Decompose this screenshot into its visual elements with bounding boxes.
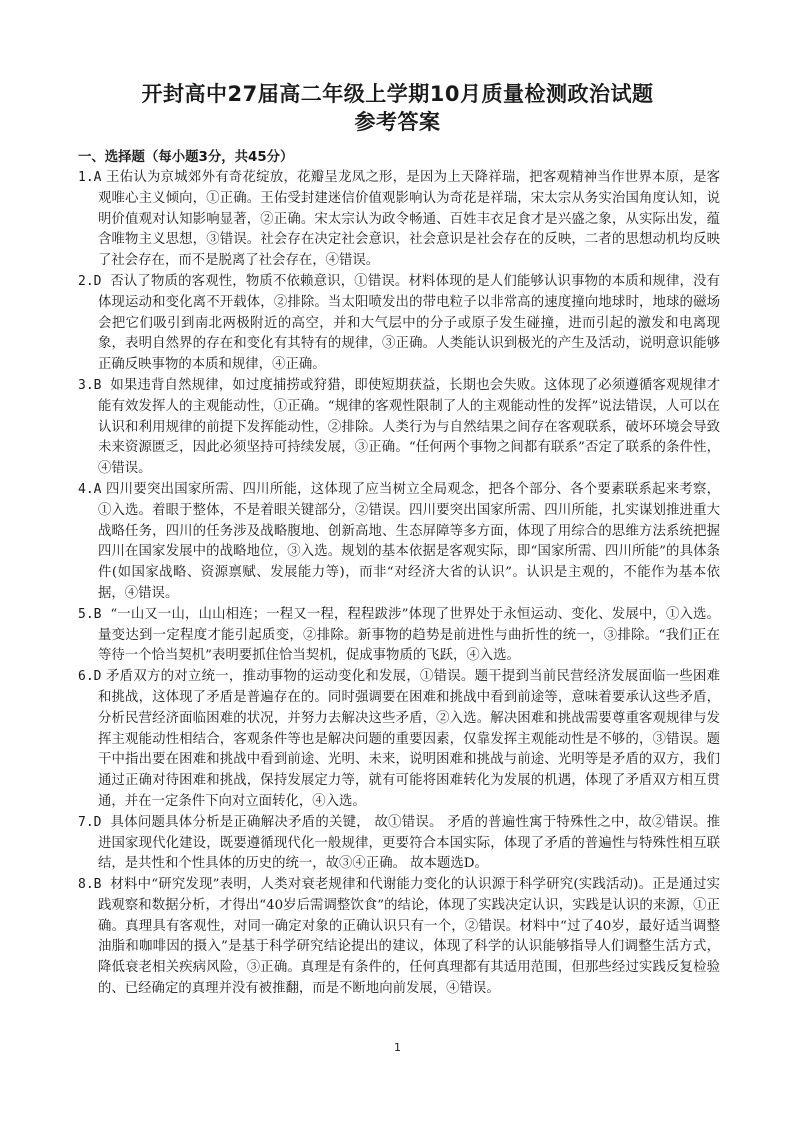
answer-number: 5.B: [78, 607, 101, 622]
answer-number: 6.D: [78, 669, 101, 684]
answer-item: 5.B “一山又一山，山山相连；一程又一程，程程跋涉”体现了世界处于永恒运动、变…: [78, 605, 720, 667]
answer-explanation: 四川要突出国家所需、四川所能，这体现了应当树立全局观念，把各个部分、各个要素联系…: [98, 482, 720, 601]
answer-explanation: 矛盾双方的对立统一，推动事物的运动变化和发展，①错误。题干提到当前民营经济发展面…: [98, 669, 720, 809]
answer-number: 4.A: [78, 482, 101, 497]
answer-item: 3.B 如果违背自然规律，如过度捕捞或狩猎，即使短期获益，长期也会失败。这体现了…: [78, 376, 720, 480]
answer-explanation: 材料中“研究发现”表明，人类对衰老规律和代谢能力变化的认识源于科学研究(实践活动…: [98, 877, 720, 996]
answer-item: 1.A 王佑认为京城郊外有奇花绽放，花瓣呈龙凤之形，是因为上天降祥瑞，把客观精神…: [78, 168, 720, 272]
answer-item: 7.D 具体问题具体分析是正确解决矛盾的关键， 故①错误。 矛盾的普遍性寓于特殊…: [78, 813, 720, 875]
answer-number: 8.B: [78, 877, 101, 892]
page-number: 1: [0, 1041, 795, 1054]
answer-item: 6.D 矛盾双方的对立统一，推动事物的运动变化和发展，①错误。题干提到当前民营经…: [78, 667, 720, 813]
answer-explanation: 否认了物质的客观性，物质不依赖意识，①错误。材料体现的是人们能够认识事物的本质和…: [98, 274, 720, 372]
answer-item: 4.A 四川要突出国家所需、四川所能，这体现了应当树立全局观念，把各个部分、各个…: [78, 480, 720, 605]
answer-explanation: “一山又一山，山山相连；一程又一程，程程跋涉”体现了世界处于永恒运动、变化、发展…: [98, 607, 720, 664]
document-subtitle: 参考答案: [0, 106, 795, 136]
answer-number: 3.B: [78, 378, 101, 393]
section-heading: 一、选择题（每小题3分，共45分）: [78, 148, 293, 169]
document-title: 开封高中27届高二年级上学期10月质量检测政治试题: [0, 78, 795, 108]
answer-number: 1.A: [78, 170, 101, 185]
answer-explanation: 具体问题具体分析是正确解决矛盾的关键， 故①错误。 矛盾的普遍性寓于特殊性之中，…: [98, 815, 720, 872]
answer-list: 1.A 王佑认为京城郊外有奇花绽放，花瓣呈龙凤之形，是因为上天降祥瑞，把客观精神…: [78, 168, 720, 1000]
answer-explanation: 如果违背自然规律，如过度捕捞或狩猎，即使短期获益，长期也会失败。这体现了必须遵循…: [98, 378, 720, 476]
answer-number: 7.D: [78, 815, 101, 830]
answer-number: 2.D: [78, 274, 101, 289]
answer-item: 2.D 否认了物质的客观性，物质不依赖意识，①错误。材料体现的是人们能够认识事物…: [78, 272, 720, 376]
answer-item: 8.B 材料中“研究发现”表明，人类对衰老规律和代谢能力变化的认识源于科学研究(…: [78, 875, 720, 1000]
answer-explanation: 王佑认为京城郊外有奇花绽放，花瓣呈龙凤之形，是因为上天降祥瑞，把客观精神当作世界…: [98, 170, 720, 268]
